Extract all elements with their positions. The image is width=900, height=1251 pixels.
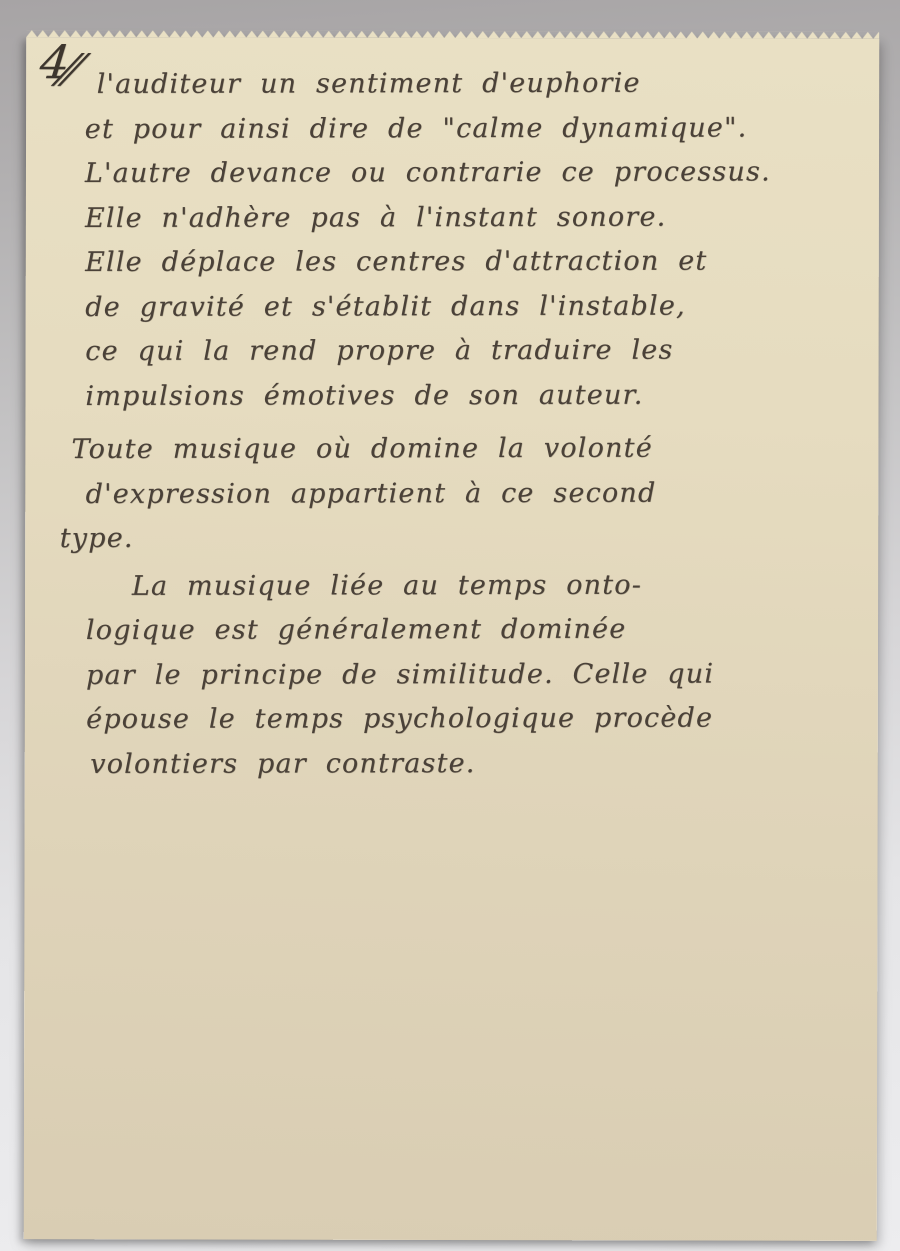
manuscript-line: L'autre devance ou contrarie ce processu… bbox=[85, 150, 877, 196]
manuscript-line: de gravité et s'établit dans l'instable, bbox=[85, 284, 877, 330]
manuscript-line: Elle n'adhère pas à l'instant sonore. bbox=[85, 195, 877, 241]
scan-background: 4// l'auditeur un sentiment d'euphorie e… bbox=[0, 0, 900, 1251]
manuscript-line: d'expression appartient à ce second bbox=[86, 471, 878, 517]
manuscript-line: et pour ainsi dire de "calme dynamique". bbox=[85, 106, 877, 152]
manuscript-line: Toute musique où domine la volonté bbox=[71, 426, 877, 472]
manuscript-line: Elle déplace les centres d'attraction et bbox=[85, 239, 877, 285]
deckle-torn-edge bbox=[26, 30, 879, 39]
manuscript-line: épouse le temps psychologique procède bbox=[86, 696, 878, 742]
manuscript-line: par le principe de similitude. Celle qui bbox=[86, 652, 878, 698]
page-number: 4// bbox=[38, 39, 79, 85]
manuscript-line: l'auditeur un sentiment d'euphorie bbox=[97, 61, 877, 107]
manuscript-line: La musique liée au temps onto- bbox=[132, 563, 878, 609]
manuscript-line: logique est généralement dominée bbox=[86, 607, 878, 653]
manuscript-page: 4// l'auditeur un sentiment d'euphorie e… bbox=[24, 37, 880, 1241]
handwritten-text: l'auditeur un sentiment d'euphorie et po… bbox=[85, 61, 879, 787]
manuscript-line: type. bbox=[60, 515, 878, 561]
manuscript-line: ce qui la rend propre à traduire les bbox=[85, 328, 877, 374]
manuscript-line: impulsions émotives de son auteur. bbox=[85, 373, 877, 419]
manuscript-line: volontiers par contraste. bbox=[90, 741, 878, 787]
